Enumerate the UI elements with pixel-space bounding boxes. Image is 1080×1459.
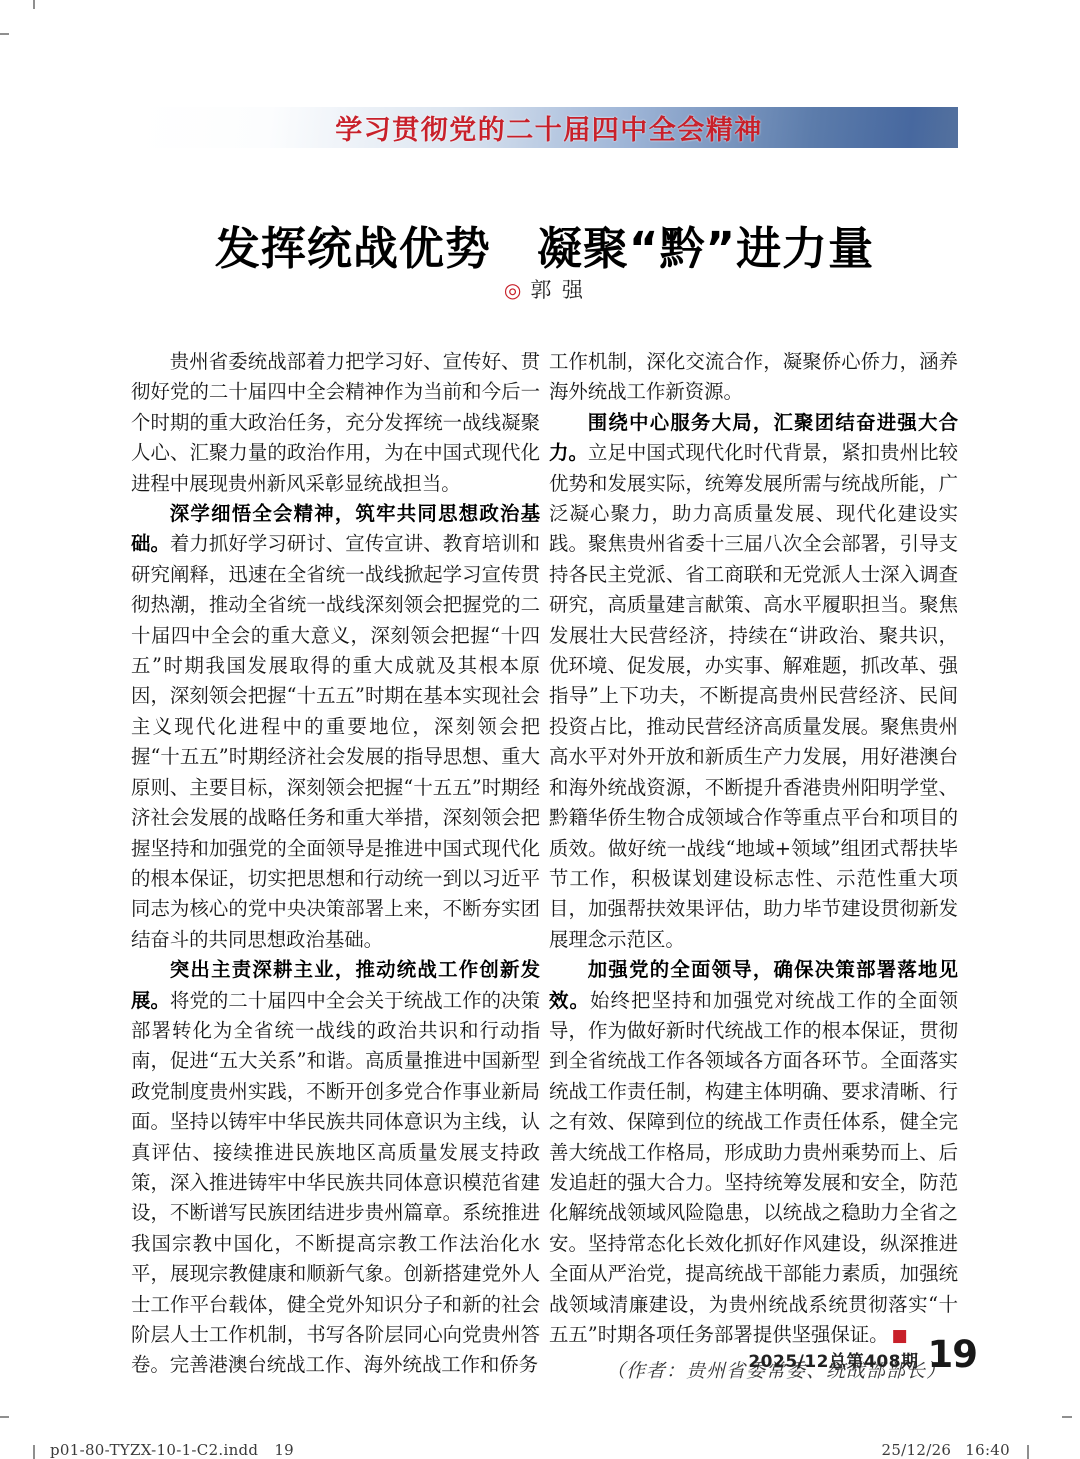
print-slug-right: 25/12/2616:40 [881,1441,1010,1459]
print-slug-page: 19 [274,1441,294,1459]
paragraph-text: 立足中国式现代化时代背景，紧扣贵州比较优势和发展实际，统筹发展所需与统战所能，广… [549,441,958,951]
paragraph-main-duty: 突出主责深耕主业，推动统战工作创新发展。将党的二十届四中全会关于统战工作的决策部… [131,955,540,1381]
paragraph-text: 将党的二十届四中全会关于统战工作的决策部署转化为全省统一战线的政治共识和行动指南… [131,989,540,1377]
author-bullet-icon: ◎ [504,278,521,302]
crop-mark-top-left-vertical [33,0,35,9]
crop-mark-top-left-horizontal [0,33,9,35]
paragraph-party-leadership: 加强党的全面领导，确保决策部署落地见效。始终把坚持和加强党对统战工作的全面领导，… [549,955,958,1351]
magazine-page: 学习贯彻党的二十届四中全会精神 发挥统战优势 凝聚“黔”进力量 ◎郭 强 贵州省… [0,0,1080,1459]
paragraph-text: 贵州省委统战部着力把学习好、宣传好、贯彻好党的二十届四中全会精神作为当前和今后一… [131,350,540,495]
crop-mark-bottom-right-horizontal [1062,1416,1072,1418]
crop-mark-bottom-left-horizontal [0,1416,9,1418]
crop-mark-bottom-left-vertical [33,1445,35,1459]
article-title: 发挥统战优势 凝聚“黔”进力量 [131,222,958,276]
paragraph-text: 工作机制，深化交流合作，凝聚侨心侨力，涵养海外统战工作新资源。 [549,350,958,403]
author-line: ◎郭 强 [131,274,958,304]
paragraph-intro: 贵州省委统战部着力把学习好、宣传好、贯彻好党的二十届四中全会精神作为当前和今后一… [131,347,540,499]
print-slug-time: 16:40 [965,1441,1010,1459]
article-right-column: 工作机制，深化交流合作，凝聚侨心侨力，涵养海外统战工作新资源。 围绕中心服务大局… [549,347,958,1387]
paragraph-text: 始终把坚持和加强党对统战工作的全面领导，作为做好新时代统战工作的根本保证，贯彻到… [549,989,958,1346]
print-slug-left: p01-80-TYZX-10-1-C2.indd19 [50,1441,294,1459]
footer-issue-info: 2025/12总第408期 [748,1347,918,1372]
article-left-column: 贵州省委统战部着力把学习好、宣传好、贯彻好党的二十届四中全会精神作为当前和今后一… [131,347,540,1381]
paragraph-service-overall: 围绕中心服务大局，汇聚团结奋进强大合力。立足中国式现代化时代背景，紧扣贵州比较优… [549,408,958,955]
print-slug-filename: p01-80-TYZX-10-1-C2.indd [50,1441,258,1459]
page-footer: 2025/12总第408期 19 [748,1333,977,1376]
paragraph-study: 深学细悟全会精神，筑牢共同思想政治基础。着力抓好学习研讨、宣传宣讲、教育培训和研… [131,499,540,955]
paragraph-continuation: 工作机制，深化交流合作，凝聚侨心侨力，涵养海外统战工作新资源。 [549,347,958,408]
author-name: 郭 强 [530,278,585,302]
section-banner: 学习贯彻党的二十届四中全会精神 [140,107,958,148]
footer-page-number: 19 [928,1333,978,1376]
print-slug-date: 25/12/26 [881,1441,951,1459]
crop-mark-bottom-right-vertical [1027,1445,1029,1459]
paragraph-text: 着力抓好学习研讨、宣传宣讲、教育培训和研究阐释，迅速在全省统一战线掀起学习宣传贯… [131,532,540,950]
section-banner-text: 学习贯彻党的二十届四中全会精神 [335,108,763,147]
